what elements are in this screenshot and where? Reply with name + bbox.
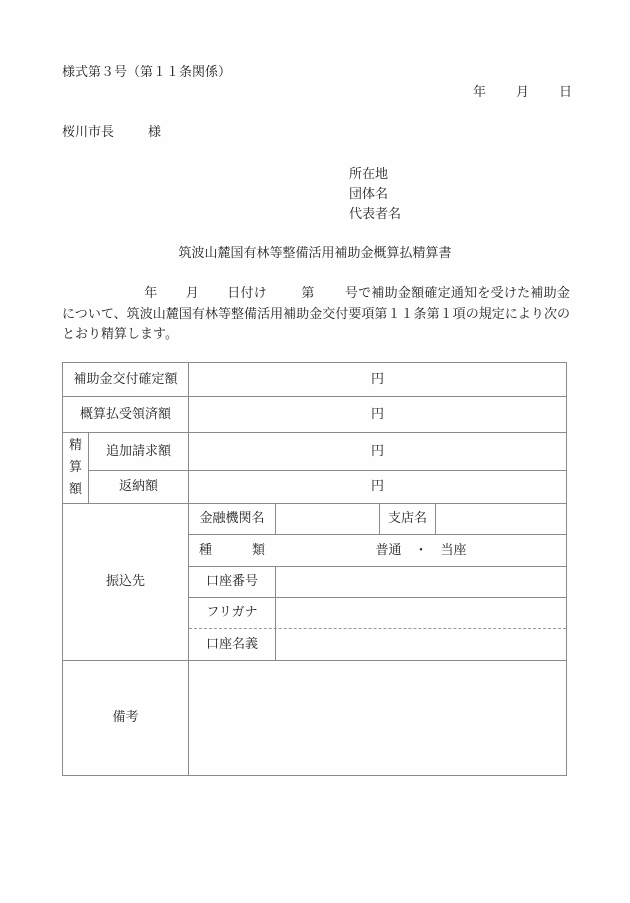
addressee-name: 桜川市長: [62, 125, 114, 140]
date-year-field[interactable]: 年: [473, 85, 486, 101]
branch-name-label: 支店名: [380, 504, 435, 534]
furigana-field[interactable]: [276, 598, 566, 628]
advance-received-field[interactable]: 円: [189, 397, 566, 432]
account-type-label: 種 類: [189, 535, 275, 566]
date-month-field[interactable]: 月: [516, 85, 529, 101]
addressee: 桜川市長様: [62, 125, 161, 141]
date-day-field[interactable]: 日: [559, 85, 572, 101]
settlement-char: 精: [69, 435, 82, 457]
account-type-options[interactable]: 普通 ・ 当座: [276, 535, 566, 566]
applicant-block: 所在地 団体名 代表者名: [349, 165, 401, 225]
bank-name-label: 金融機関名: [189, 504, 275, 534]
form-number: 様式第３号（第１１条関係）: [62, 65, 231, 81]
notice-year-field[interactable]: 年: [144, 286, 158, 301]
date-line: 年月日: [473, 85, 572, 101]
notice-day-field[interactable]: 日付け: [227, 286, 267, 301]
applicant-address-label[interactable]: 所在地: [349, 165, 401, 185]
remarks-label: 備考: [63, 661, 188, 775]
applicant-organization-label[interactable]: 団体名: [349, 185, 401, 205]
additional-claim-label: 追加請求額: [89, 433, 188, 470]
account-type-char: 類: [252, 543, 265, 559]
account-holder-label: 口座名義: [189, 629, 275, 660]
confirmed-amount-label: 補助金交付確定額: [63, 363, 188, 396]
document-title: 筑波山麓国有林等整備活用補助金概算払精算書: [0, 246, 630, 262]
refund-label: 返納額: [89, 471, 188, 503]
account-number-field[interactable]: [276, 567, 566, 597]
account-number-label: 口座番号: [189, 567, 275, 597]
body-text: 号で補助金額確定通知を受けた補助金について、筑波山麓国有林等整備活用補助金交付要…: [62, 286, 570, 342]
account-holder-field[interactable]: [276, 629, 566, 660]
settlement-amount-label: 精 算 額: [63, 433, 88, 503]
additional-claim-field[interactable]: 円: [189, 433, 566, 470]
applicant-representative-label[interactable]: 代表者名: [349, 205, 401, 225]
furigana-label: フリガナ: [189, 598, 275, 628]
branch-name-field[interactable]: [436, 504, 566, 534]
transfer-destination-label: 振込先: [63, 504, 188, 660]
refund-field[interactable]: 円: [189, 471, 566, 503]
bank-name-field[interactable]: [276, 504, 379, 534]
settlement-table: 補助金交付確定額 円 概算払受領済額 円 精 算 額 追加請求額 円 返納額 円…: [62, 362, 567, 776]
account-type-char: 種: [199, 543, 212, 559]
confirmed-amount-field[interactable]: 円: [189, 363, 566, 396]
advance-received-label: 概算払受領済額: [63, 397, 188, 432]
addressee-honorific: 様: [148, 125, 161, 140]
notice-month-field[interactable]: 月: [186, 286, 200, 301]
body-paragraph: 年月日付け第号で補助金額確定通知を受けた補助金について、筑波山麓国有林等整備活用…: [62, 284, 570, 346]
notice-number-prefix[interactable]: 第: [301, 286, 315, 301]
remarks-field[interactable]: [189, 661, 566, 775]
settlement-char: 額: [69, 479, 82, 501]
settlement-char: 算: [69, 457, 82, 479]
